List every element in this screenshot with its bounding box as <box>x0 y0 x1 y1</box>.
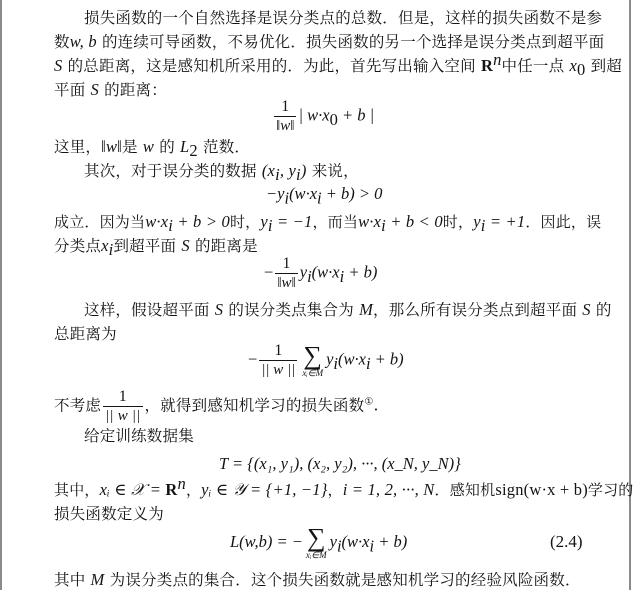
math: = −1 <box>273 212 313 231</box>
math: + b) <box>374 532 407 551</box>
paragraph-1-line-2: 数w, b 的连续可导函数，不易优化．损失函数的另一个选择是误分类点到超平面 <box>54 32 604 52</box>
fraction: 1‖w‖ <box>275 255 297 292</box>
math: + b < 0 <box>386 212 443 231</box>
text: 其中， <box>54 481 100 499</box>
text: ， <box>186 481 201 499</box>
math: , y <box>280 161 296 180</box>
paragraph-8-line-1: 其中，xᵢ ∈ 𝒳 = Rn，yᵢ ∈ 𝒴 = {+1, −1}，i = 1, … <box>54 480 633 500</box>
math-w-b: w, b <box>70 32 97 51</box>
text: 的距离： <box>104 81 167 99</box>
denominator: || w || <box>259 361 297 379</box>
text: 的总距离，这是感知机所采用的．为此，首先写出输入空间 <box>68 57 476 75</box>
math: w·x <box>358 212 381 231</box>
math: − <box>248 349 257 368</box>
paragraph-1-line-1: 损失函数的一个自然选择是误分类点的总数．但是，这样的损失函数不是参 <box>84 8 602 28</box>
text: 不考虑 <box>54 397 101 415</box>
math: ) <box>301 161 307 180</box>
equation-point-distance: −1‖w‖yi(w·xi + b) <box>264 255 377 292</box>
text: ．感知机 <box>435 481 496 499</box>
page-border-right <box>629 0 631 590</box>
text: 这样，假设超平面 <box>84 301 210 319</box>
numerator: 1 <box>103 388 142 407</box>
text: 时， <box>443 213 473 231</box>
math-S: S <box>582 300 590 319</box>
math: y <box>300 262 307 281</box>
math: | w·x <box>298 105 329 124</box>
paragraph-7: 给定训练数据集 <box>84 426 194 446</box>
denominator: ‖w‖ <box>274 117 296 135</box>
numerator: 1 <box>259 342 297 361</box>
math: (x <box>262 161 275 180</box>
math: + b) <box>344 262 377 281</box>
numerator: 1 <box>274 98 296 117</box>
text: 的 <box>596 301 612 319</box>
math-sup: n <box>178 474 186 493</box>
math-sub: 2 <box>189 141 197 160</box>
text: 其次，对于误分类的数据 <box>84 162 257 180</box>
math-S: S <box>181 236 189 255</box>
math-S: S <box>215 300 223 319</box>
text: 的 <box>159 138 175 156</box>
math: i = 1, 2, ···, N <box>343 480 435 499</box>
math: = +1 <box>486 212 526 231</box>
text: 到超 <box>591 57 622 75</box>
text: 损失函数定义为 <box>54 505 164 523</box>
equation-number: (2.4) <box>550 532 583 552</box>
math-L: L <box>180 137 189 156</box>
text: ．因此，误 <box>525 213 601 231</box>
text: 为误分类点的集合．这个损失函数就是感知机学习的经验风险函数． <box>110 571 581 589</box>
math-R: R <box>481 56 493 75</box>
math-sub: 0 <box>330 110 338 129</box>
text: 的连续可导函数，不易优化．损失函数的另一个选择是误分类点到超平面 <box>102 33 604 51</box>
paragraph-9: 其中 M 为误分类点的集合．这个损失函数就是感知机学习的经验风险函数． <box>54 570 581 590</box>
text: 到超平面 <box>113 237 176 255</box>
text: 的距离是 <box>195 237 258 255</box>
paragraph-5-line-2: 总距离为 <box>54 324 117 344</box>
text: . <box>374 397 379 415</box>
math: yᵢ ∈ 𝒴 = {+1, −1} <box>201 480 327 499</box>
fraction: 1|| w || <box>103 388 142 425</box>
sigma-symbol: ∑ <box>306 526 327 550</box>
text: 平面 <box>54 81 85 99</box>
text: 损失函数的一个自然选择是误分类点的总数．但是，这样的损失函数不是参 <box>84 9 602 27</box>
math-R: R <box>165 480 177 499</box>
math-norm: ‖w‖ <box>101 137 122 156</box>
math: L(w,b) = − <box>230 532 303 551</box>
text: 数 <box>54 33 70 51</box>
math-sup: n <box>493 50 501 69</box>
math-sub: 0 <box>577 60 585 79</box>
math: − <box>264 262 273 281</box>
text: 是 <box>122 138 138 156</box>
math: (w·x <box>338 349 366 368</box>
text: ，而当 <box>312 213 358 231</box>
footnote-marker[interactable]: ① <box>364 396 373 407</box>
text: ，那么所有误分类点到超平面 <box>373 301 577 319</box>
text: 成立．因为当 <box>54 213 145 231</box>
text: 这里， <box>54 138 101 156</box>
paragraph-5-line-1: 这样，假设超平面 S 的误分类点集合为 M，那么所有误分类点到超平面 S 的 <box>84 300 612 320</box>
equation-total-distance: −1|| w ||∑xᵢ∈Myi(w·xi + b) <box>248 342 404 379</box>
text: 给定训练数据集 <box>84 427 194 445</box>
text: 范数． <box>203 138 250 156</box>
math-x: x <box>569 56 577 75</box>
paragraph-3: 其次，对于误分类的数据 (xi, yi) 来说， <box>84 161 359 181</box>
text: 时， <box>230 213 260 231</box>
math: + b | <box>338 105 374 124</box>
math: + b > 0 <box>173 212 230 231</box>
numerator: 1 <box>275 255 297 274</box>
paragraph-8-line-2: 损失函数定义为 <box>54 504 164 524</box>
math: xᵢ ∈ 𝒳 = <box>100 480 166 499</box>
paragraph-6: 不考虑1|| w ||，就得到感知机学习的损失函数①. <box>54 388 379 425</box>
equation-distance: 1‖w‖| w·x0 + b | <box>272 98 374 135</box>
equation-loss: L(w,b) = −∑xᵢ∈Myi(w·xi + b) <box>230 526 407 560</box>
equation-inequality: −yi(w·xi + b) > 0 <box>266 184 382 204</box>
math-S: S <box>91 80 99 99</box>
math-sign: sign(w·x + b) <box>495 480 588 499</box>
denominator: ‖w‖ <box>275 274 297 292</box>
text: 其中 <box>54 571 85 589</box>
math: (w·x <box>342 532 370 551</box>
math: (w·x <box>312 262 340 281</box>
text: ，就得到感知机学习的损失函数 <box>145 397 365 415</box>
math: T = {(x₁, y₁), (x₂, y₂), ···, (x_N, y_N)… <box>219 454 461 473</box>
summation: ∑xᵢ∈M <box>302 344 323 378</box>
math: −y <box>266 184 284 203</box>
text: 总距离为 <box>54 325 117 343</box>
paragraph-4-line-2: 分类点xi到超平面 S 的距离是 <box>54 236 258 256</box>
paragraph-1-line-4: 平面 S 的距离： <box>54 80 167 100</box>
paragraph-4-line-1: 成立．因为当w·xi + b > 0时，yi = −1，而当w·xi + b <… <box>54 212 601 232</box>
summation: ∑xᵢ∈M <box>306 526 327 560</box>
paragraph-1-line-3: S 的总距离，这是感知机所采用的．为此，首先写出输入空间 Rn中任一点 x0 到… <box>54 56 622 76</box>
sum-limit: xᵢ∈M <box>306 550 327 560</box>
math-M: M <box>91 570 105 589</box>
page-border-left <box>0 0 2 590</box>
denominator: || w || <box>103 407 142 425</box>
text: 来说， <box>312 162 359 180</box>
text: 中任一点 <box>502 57 565 75</box>
equation-dataset: T = {(x₁, y₁), (x₂, y₂), ···, (x_N, y_N)… <box>219 454 461 474</box>
math-w: w <box>143 137 154 156</box>
math: w·x <box>145 212 168 231</box>
math: + b) > 0 <box>322 184 383 203</box>
text: 学习的 <box>588 481 633 499</box>
math: y <box>330 532 337 551</box>
text: 分类点 <box>54 237 101 255</box>
fraction: 1|| w || <box>259 342 297 379</box>
sigma-symbol: ∑ <box>302 344 323 368</box>
math-S: S <box>54 56 62 75</box>
text: 的误分类点集合为 <box>228 301 354 319</box>
fraction: 1‖w‖ <box>274 98 296 135</box>
sum-limit: xᵢ∈M <box>302 368 323 378</box>
math: y <box>260 212 268 231</box>
text: ， <box>328 481 343 499</box>
math-M: M <box>359 300 373 319</box>
math: (w·x <box>289 184 317 203</box>
math: + b) <box>371 349 404 368</box>
math: y <box>473 212 481 231</box>
math-x: x <box>101 236 109 255</box>
paragraph-2: 这里，‖w‖是 w 的 L2 范数． <box>54 137 250 157</box>
